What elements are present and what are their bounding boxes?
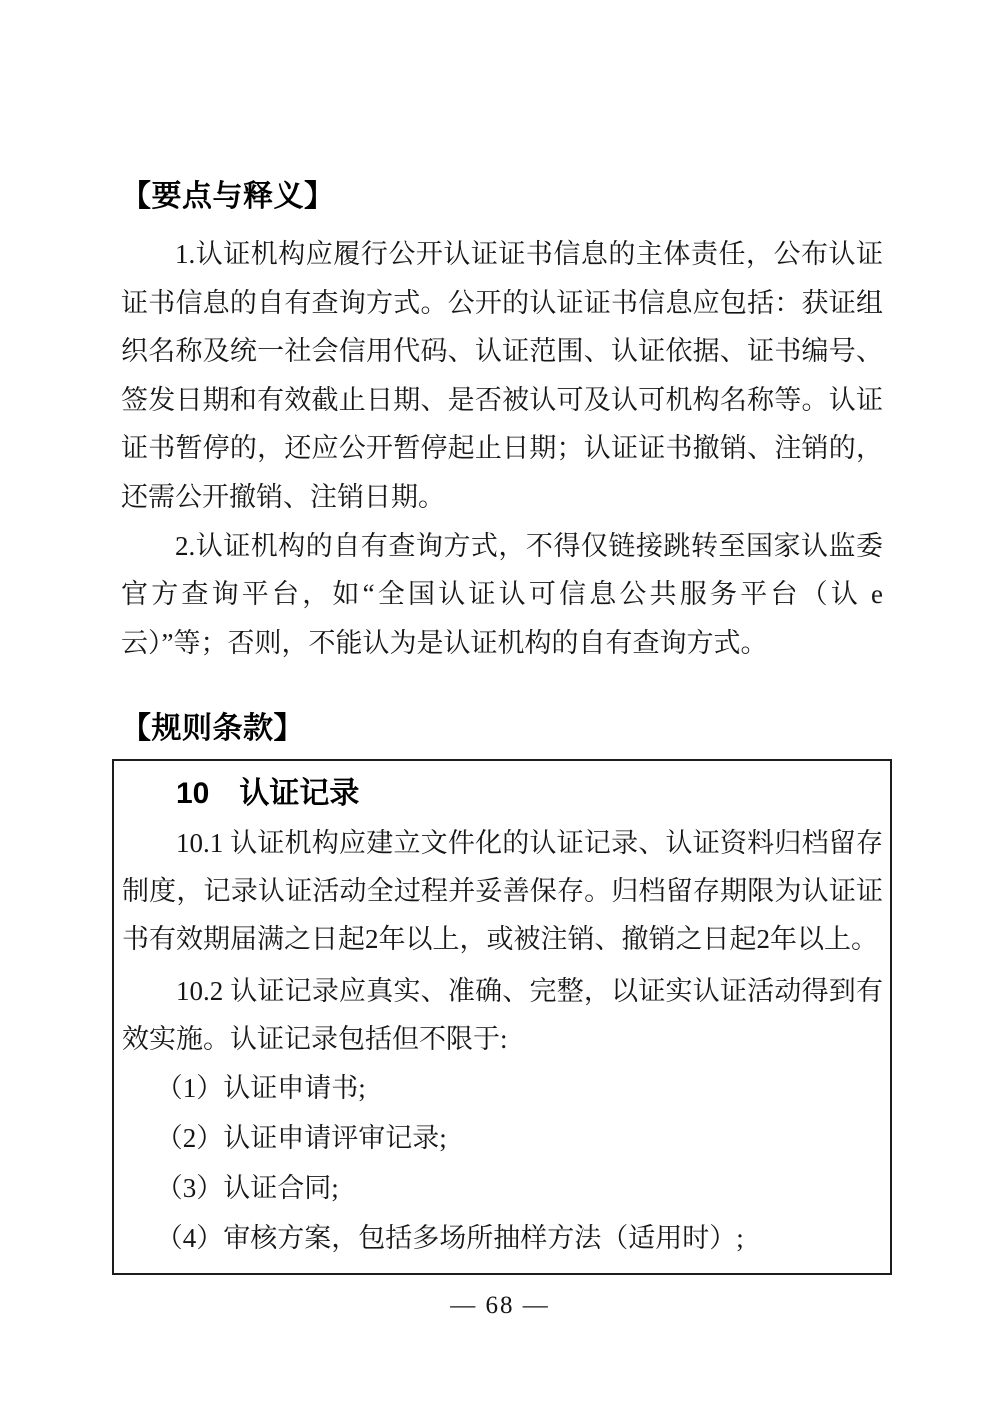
rule-paragraph-10-1: 10.1 认证机构应建立文件化的认证记录、认证资料归档留存制度，记录认证活动全过… (122, 819, 883, 963)
section-rule-clauses: 【规则条款】 10 认证记录 10.1 认证机构应建立文件化的认证记录、认证资料… (121, 709, 883, 1275)
section-heading-key-points: 【要点与释义】 (121, 0, 883, 217)
rule-paragraph-10-2: 10.2 认证记录应真实、准确、完整，以证实认证活动得到有效实施。认证记录包括但… (122, 967, 883, 1063)
list-item: （2）认证申请评审记录; (122, 1113, 883, 1163)
section-key-points: 【要点与释义】 1.认证机构应履行公开认证证书信息的主体责任，公布认证证书信息的… (121, 0, 883, 667)
key-points-paragraph-1: 1.认证机构应履行公开认证证书信息的主体责任，公布认证证书信息的自有查询方式。公… (121, 230, 883, 522)
page-number: — 68 — (450, 1292, 550, 1319)
list-item: （3）认证合同; (122, 1163, 883, 1213)
rule-record-list: （1）认证申请书; （2）认证申请评审记录; （3）认证合同; （4）审核方案，… (122, 1063, 883, 1263)
document-page: 【要点与释义】 1.认证机构应履行公开认证证书信息的主体责任，公布认证证书信息的… (0, 0, 1000, 1414)
rule-clause-box: 10 认证记录 10.1 认证机构应建立文件化的认证记录、认证资料归档留存制度，… (112, 759, 892, 1275)
key-points-paragraph-2: 2.认证机构的自有查询方式，不得仅链接跳转至国家认监委官方查询平台，如“全国认证… (121, 522, 883, 668)
section-heading-rule-clauses: 【规则条款】 (121, 709, 883, 749)
list-item: （1）认证申请书; (122, 1063, 883, 1113)
page-footer: — 68 — (0, 1292, 1000, 1320)
page-content: 【要点与释义】 1.认证机构应履行公开认证证书信息的主体责任，公布认证证书信息的… (121, 0, 883, 1275)
list-item: （4）审核方案，包括多场所抽样方法（适用时）; (122, 1213, 883, 1263)
rule-box-title: 10 认证记录 (122, 771, 883, 817)
